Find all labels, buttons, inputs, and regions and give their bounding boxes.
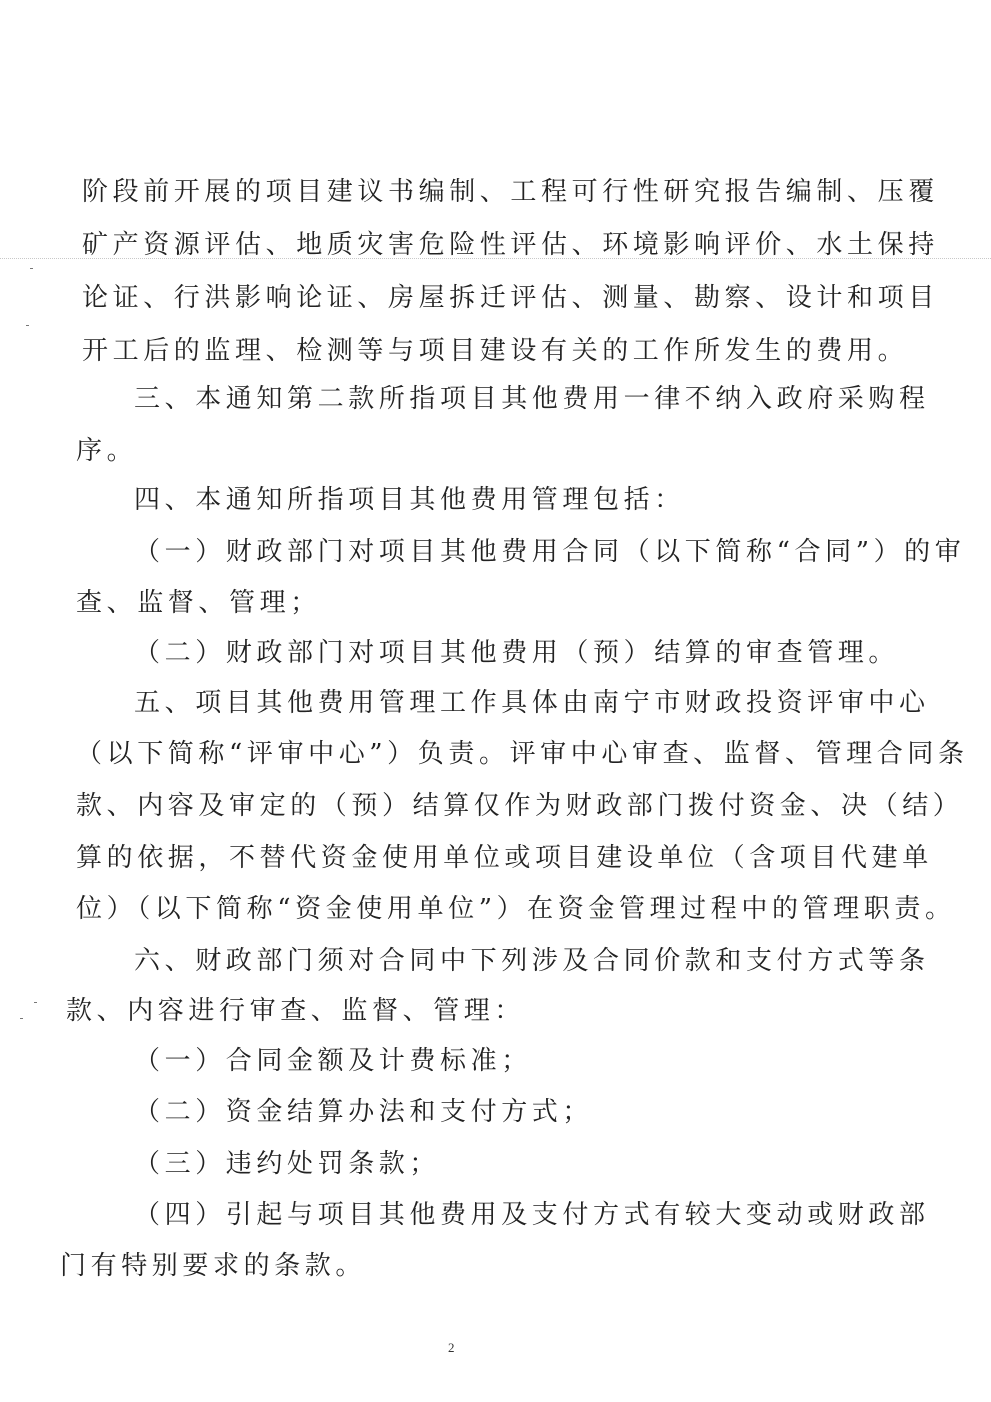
body-line: 论证、行洪影响论证、房屋拆迁评估、测量、勘察、设计和项目 <box>82 282 939 314</box>
paragraph-4: 四、本通知所指项目其他费用管理包括： <box>134 484 685 516</box>
document-page: 阶段前开展的项目建议书编制、工程可行性研究报告编制、压覆 矿产资源评估、地质灾害… <box>0 0 991 1402</box>
body-line: 查、监督、管理； <box>76 587 321 619</box>
scan-speck <box>34 1002 37 1003</box>
list-item: （三）违约处罚条款； <box>134 1148 440 1180</box>
paragraph-3: 三、本通知第二款所指项目其他费用一律不纳入政府采购程 <box>134 383 930 415</box>
body-line: 矿产资源评估、地质灾害危险性评估、环境影响评价、水土保持 <box>82 229 939 261</box>
scan-speck <box>20 1018 23 1019</box>
body-line: 序。 <box>76 435 137 467</box>
list-item: （一）财政部门对项目其他费用合同（以下简称“合同”）的审 <box>134 536 965 568</box>
body-line: 款、内容及审定的（预）结算仅作为财政部门拨付资金、决（结） <box>76 790 963 822</box>
body-line: （以下简称“评审中心”）负责。评审中心审查、监督、管理合同条 <box>76 738 969 770</box>
body-line: 开工后的监理、检测等与项目建设有关的工作所发生的费用。 <box>82 335 908 367</box>
paragraph-6: 六、财政部门须对合同中下列涉及合同价款和支付方式等条 <box>134 945 930 977</box>
scan-speck <box>30 268 33 269</box>
scan-speck <box>26 325 29 326</box>
body-line: 位）（以下简称“资金使用单位”）在资金管理过程中的管理职责。 <box>76 893 956 925</box>
page-number: 2 <box>448 1340 455 1356</box>
list-item: （二）财政部门对项目其他费用（预）结算的审查管理。 <box>134 637 899 669</box>
list-item: （二）资金结算办法和支付方式； <box>134 1096 593 1128</box>
body-line: 阶段前开展的项目建议书编制、工程可行性研究报告编制、压覆 <box>82 176 939 208</box>
body-line: 算的依据，不替代资金使用单位或项目建设单位（含项目代建单 <box>76 842 933 874</box>
body-line: 门有特别要求的条款。 <box>60 1250 366 1282</box>
paragraph-5: 五、项目其他费用管理工作具体由南宁市财政投资评审中心 <box>134 687 930 719</box>
list-item: （四）引起与项目其他费用及支付方式有较大变动或财政部 <box>134 1199 930 1231</box>
list-item: （一）合同金额及计费标准； <box>134 1045 532 1077</box>
body-line: 款、内容进行审查、监督、管理： <box>66 995 525 1027</box>
